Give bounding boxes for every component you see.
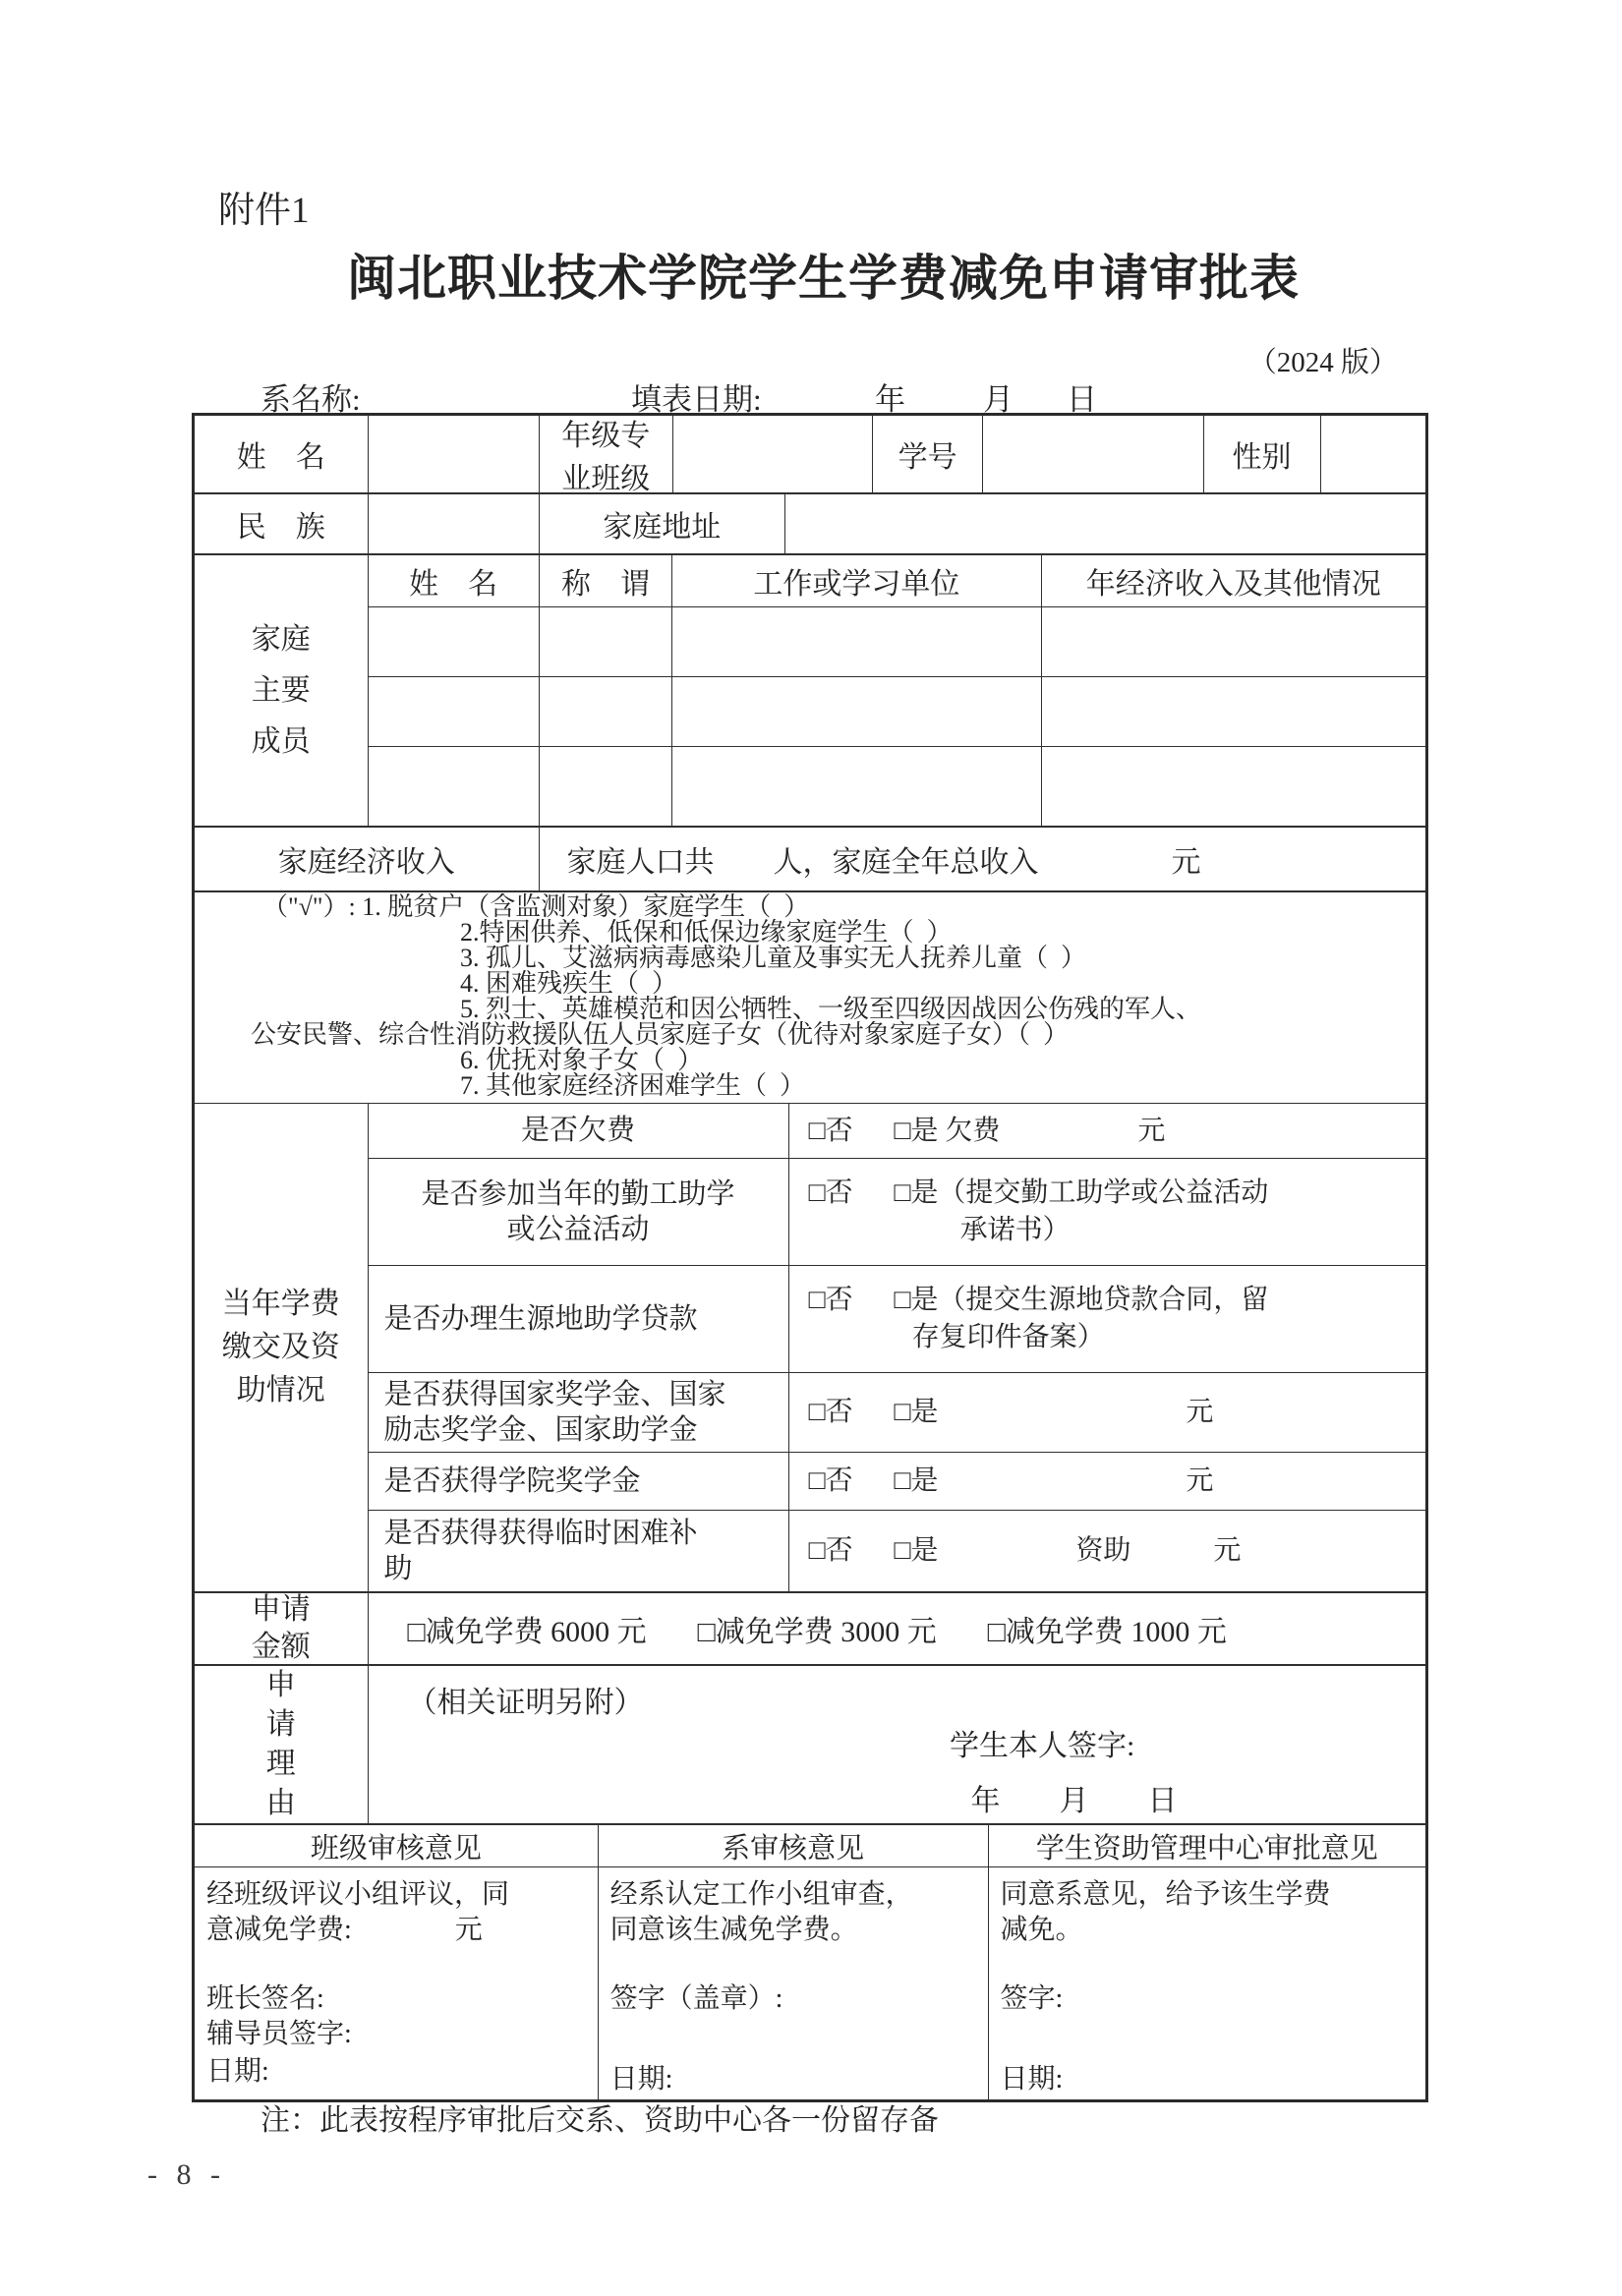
- checklist-line: 5. 烈士、英雄模范和因公牺牲、一级至四级因战因公伤残的军人、: [195, 997, 1425, 1022]
- application-reason-row: 申 请 理 由 （相关证明另附） 学生本人签字: 年 月 日: [195, 1666, 1425, 1825]
- family-name-cell: [369, 747, 540, 826]
- application-amount-row: 申请 金额 □减免学费 6000 元 □减免学费 3000 元 □减免学费 10…: [195, 1593, 1425, 1666]
- waiver-option-1000: □减免学费 1000 元: [988, 1607, 1227, 1650]
- application-reason-cell: （相关证明另附） 学生本人签字: 年 月 日: [369, 1666, 1425, 1823]
- home-address-value-cell: [785, 494, 1425, 553]
- family-name-cell: [369, 677, 540, 746]
- family-relation-cell: [540, 747, 673, 826]
- tuition-question: 是否获得获得临时困难补 助: [369, 1511, 789, 1591]
- approval-body-row: 经班级评议小组评议，同 意减免学费: 元 班长签名: 辅导员签字: 日期: 经系…: [195, 1867, 1425, 2099]
- family-members-section: 家庭 主要 成员 姓 名 称 谓 工作或学习单位 年经济收入及其他情况: [195, 555, 1425, 828]
- tuition-answer-checkboxes: □否 □是 元: [789, 1453, 1425, 1510]
- difficulty-category-checklist: （"√"）: 1. 脱贫户（含监测对象）家庭学生（ ） 2.特困供养、低保和低保…: [195, 892, 1425, 1104]
- tuition-status-label: 当年学费 缴交及资 助情况: [195, 1104, 369, 1591]
- checklist-line: 4. 困难残疾生（ ）: [195, 971, 1425, 997]
- tuition-row-arrears: 是否欠费 □否 □是 欠费 元: [369, 1104, 1425, 1159]
- family-col-name: 姓 名: [369, 555, 540, 606]
- gender-value-cell: [1321, 416, 1425, 492]
- family-col-work-unit: 工作或学习单位: [672, 555, 1041, 606]
- dept-signature-label: 签字（盖章）:: [610, 1981, 976, 2017]
- form-title: 闽北职业技术学院学生学费减免申请审批表: [192, 239, 1455, 310]
- family-name-cell: [369, 607, 540, 676]
- family-work-unit-cell: [672, 747, 1041, 826]
- family-relation-cell: [540, 677, 673, 746]
- signature-date-line: 年 月 日: [971, 1776, 1178, 1819]
- aid-center-signature-label: 签字:: [1001, 1981, 1414, 2017]
- tuition-status-grid: 是否欠费 □否 □是 欠费 元 是否参加当年的勤工助学 或公益活动 □否 □是（…: [369, 1104, 1425, 1591]
- basic-info-row-1: 姓 名 年级专 业班级 学号 性别: [195, 416, 1425, 494]
- family-income-label: 家庭经济收入: [195, 828, 540, 890]
- checklist-line: 公安民警、综合性消防救援队伍人员家庭子女（优待对象家庭子女）（ ）: [195, 1022, 1425, 1048]
- tuition-question: 是否获得国家奖学金、国家 励志奖学金、国家助学金: [369, 1373, 789, 1452]
- tuition-answer-checkboxes: □否 □是（提交生源地贷款合同，留 存复印件备案）: [789, 1266, 1425, 1372]
- page-number: - 8 -: [147, 2158, 226, 2192]
- family-income-content: 家庭人口共 人，家庭全年总收入 元: [540, 828, 1425, 890]
- family-income-row: 家庭经济收入 家庭人口共 人，家庭全年总收入 元: [195, 828, 1425, 892]
- family-member-row: [369, 747, 1425, 826]
- footer-note: 注：此表按程序审批后交系、资助中心各一份留存备: [261, 2095, 939, 2139]
- family-work-unit-cell: [672, 607, 1041, 676]
- dept-review-opinion: 经系认定工作小组审查， 同意该生减免学费。: [610, 1877, 976, 1948]
- name-label: 姓 名: [195, 416, 369, 492]
- dept-review-header: 系审核意见: [599, 1825, 989, 1866]
- attachment-label: 附件1: [218, 180, 310, 233]
- tuition-answer-checkboxes: □否 □是（提交勤工助学或公益活动 承诺书）: [789, 1159, 1425, 1265]
- tuition-row-national-scholarship: 是否获得国家奖学金、国家 励志奖学金、国家助学金 □否 □是 元: [369, 1373, 1425, 1453]
- student-signature-label: 学生本人签字:: [950, 1721, 1134, 1764]
- family-members-header-row: 姓 名 称 谓 工作或学习单位 年经济收入及其他情况: [369, 555, 1425, 607]
- aid-center-opinion: 同意系意见，给予该生学费 减免。: [1001, 1877, 1414, 1948]
- waiver-option-6000: □减免学费 6000 元: [408, 1607, 647, 1650]
- family-col-income: 年经济收入及其他情况: [1042, 555, 1425, 606]
- family-members-label: 家庭 主要 成员: [195, 555, 369, 826]
- checklist-line: 6. 优抚对象子女（ ）: [195, 1048, 1425, 1073]
- dept-review-cell: 经系认定工作小组审查， 同意该生减免学费。 签字（盖章）: 日期:: [599, 1867, 989, 2099]
- reason-attachment-note: （相关证明另附）: [408, 1678, 644, 1721]
- document-page: 附件1 闽北职业技术学院学生学费减免申请审批表 （2024 版） 系名称: 填表…: [0, 0, 1622, 2296]
- grade-class-value-cell: [673, 416, 873, 492]
- checklist-line: （"√"）: 1. 脱贫户（含监测对象）家庭学生（ ）: [195, 894, 1425, 920]
- application-amount-label: 申请 金额: [195, 1593, 369, 1664]
- tuition-row-student-loan: 是否办理生源地助学贷款 □否 □是（提交生源地贷款合同，留 存复印件备案）: [369, 1266, 1425, 1373]
- dept-review-date-label: 日期:: [610, 2062, 976, 2097]
- tuition-row-work-study: 是否参加当年的勤工助学 或公益活动 □否 □是（提交勤工助学或公益活动 承诺书）: [369, 1159, 1425, 1266]
- family-member-row: [369, 607, 1425, 677]
- aid-center-date-label: 日期:: [1001, 2062, 1414, 2097]
- tuition-answer-checkboxes: □否 □是 欠费 元: [789, 1104, 1425, 1158]
- class-review-opinion: 经班级评议小组评议，同 意减免学费: 元: [206, 1877, 586, 1948]
- monitor-signature-label: 班长签名:: [206, 1981, 586, 2017]
- family-work-unit-cell: [672, 677, 1041, 746]
- student-id-value-cell: [983, 416, 1203, 492]
- application-form-table: 姓 名 年级专 业班级 学号 性别 民 族 家庭地址 家庭 主要 成员 姓 名 …: [192, 413, 1428, 2102]
- grade-class-label: 年级专 业班级: [540, 416, 673, 492]
- family-member-row: [369, 677, 1425, 747]
- ethnicity-label: 民 族: [195, 494, 369, 553]
- family-income-cell: [1042, 607, 1425, 676]
- tuition-answer-checkboxes: □否 □是 资助 元: [789, 1511, 1425, 1591]
- checklist-line: 7. 其他家庭经济困难学生（ ）: [195, 1073, 1425, 1099]
- tuition-row-temporary-subsidy: 是否获得获得临时困难补 助 □否 □是 资助 元: [369, 1511, 1425, 1591]
- basic-info-row-2: 民 族 家庭地址: [195, 494, 1425, 555]
- gender-label: 性别: [1204, 416, 1321, 492]
- tuition-question: 是否欠费: [369, 1104, 789, 1158]
- counselor-signature-label: 辅导员签字:: [206, 2017, 586, 2052]
- waiver-option-3000: □减免学费 3000 元: [698, 1607, 937, 1650]
- family-relation-cell: [540, 607, 673, 676]
- tuition-status-section: 当年学费 缴交及资 助情况 是否欠费 □否 □是 欠费 元 是否参加当年的勤工助…: [195, 1104, 1425, 1593]
- tuition-answer-checkboxes: □否 □是 元: [789, 1373, 1425, 1452]
- family-members-grid: 姓 名 称 谓 工作或学习单位 年经济收入及其他情况: [369, 555, 1425, 826]
- version-label: （2024 版）: [1248, 340, 1398, 380]
- aid-center-review-header: 学生资助管理中心审批意见: [989, 1825, 1425, 1866]
- checklist-line: 2.特困供养、低保和低保边缘家庭学生（ ）: [195, 920, 1425, 946]
- student-id-label: 学号: [873, 416, 984, 492]
- class-review-date-label: 日期:: [206, 2054, 586, 2090]
- application-reason-label: 申 请 理 由: [195, 1666, 369, 1823]
- family-income-cell: [1042, 747, 1425, 826]
- checklist-line: 3. 孤儿、艾滋病病毒感染儿童及事实无人抚养儿童（ ）: [195, 946, 1425, 971]
- name-value-cell: [369, 416, 540, 492]
- ethnicity-value-cell: [369, 494, 540, 553]
- home-address-label: 家庭地址: [540, 494, 785, 553]
- class-review-cell: 经班级评议小组评议，同 意减免学费: 元 班长签名: 辅导员签字: 日期:: [195, 1867, 599, 2099]
- tuition-question: 是否办理生源地助学贷款: [369, 1266, 789, 1372]
- tuition-row-college-scholarship: 是否获得学院奖学金 □否 □是 元: [369, 1453, 1425, 1511]
- application-amount-options: □减免学费 6000 元 □减免学费 3000 元 □减免学费 1000 元: [369, 1593, 1425, 1664]
- family-col-relation: 称 谓: [540, 555, 673, 606]
- tuition-question: 是否获得学院奖学金: [369, 1453, 789, 1510]
- family-income-cell: [1042, 677, 1425, 746]
- aid-center-review-cell: 同意系意见，给予该生学费 减免。 签字: 日期:: [989, 1867, 1425, 2099]
- tuition-question: 是否参加当年的勤工助学 或公益活动: [369, 1159, 789, 1265]
